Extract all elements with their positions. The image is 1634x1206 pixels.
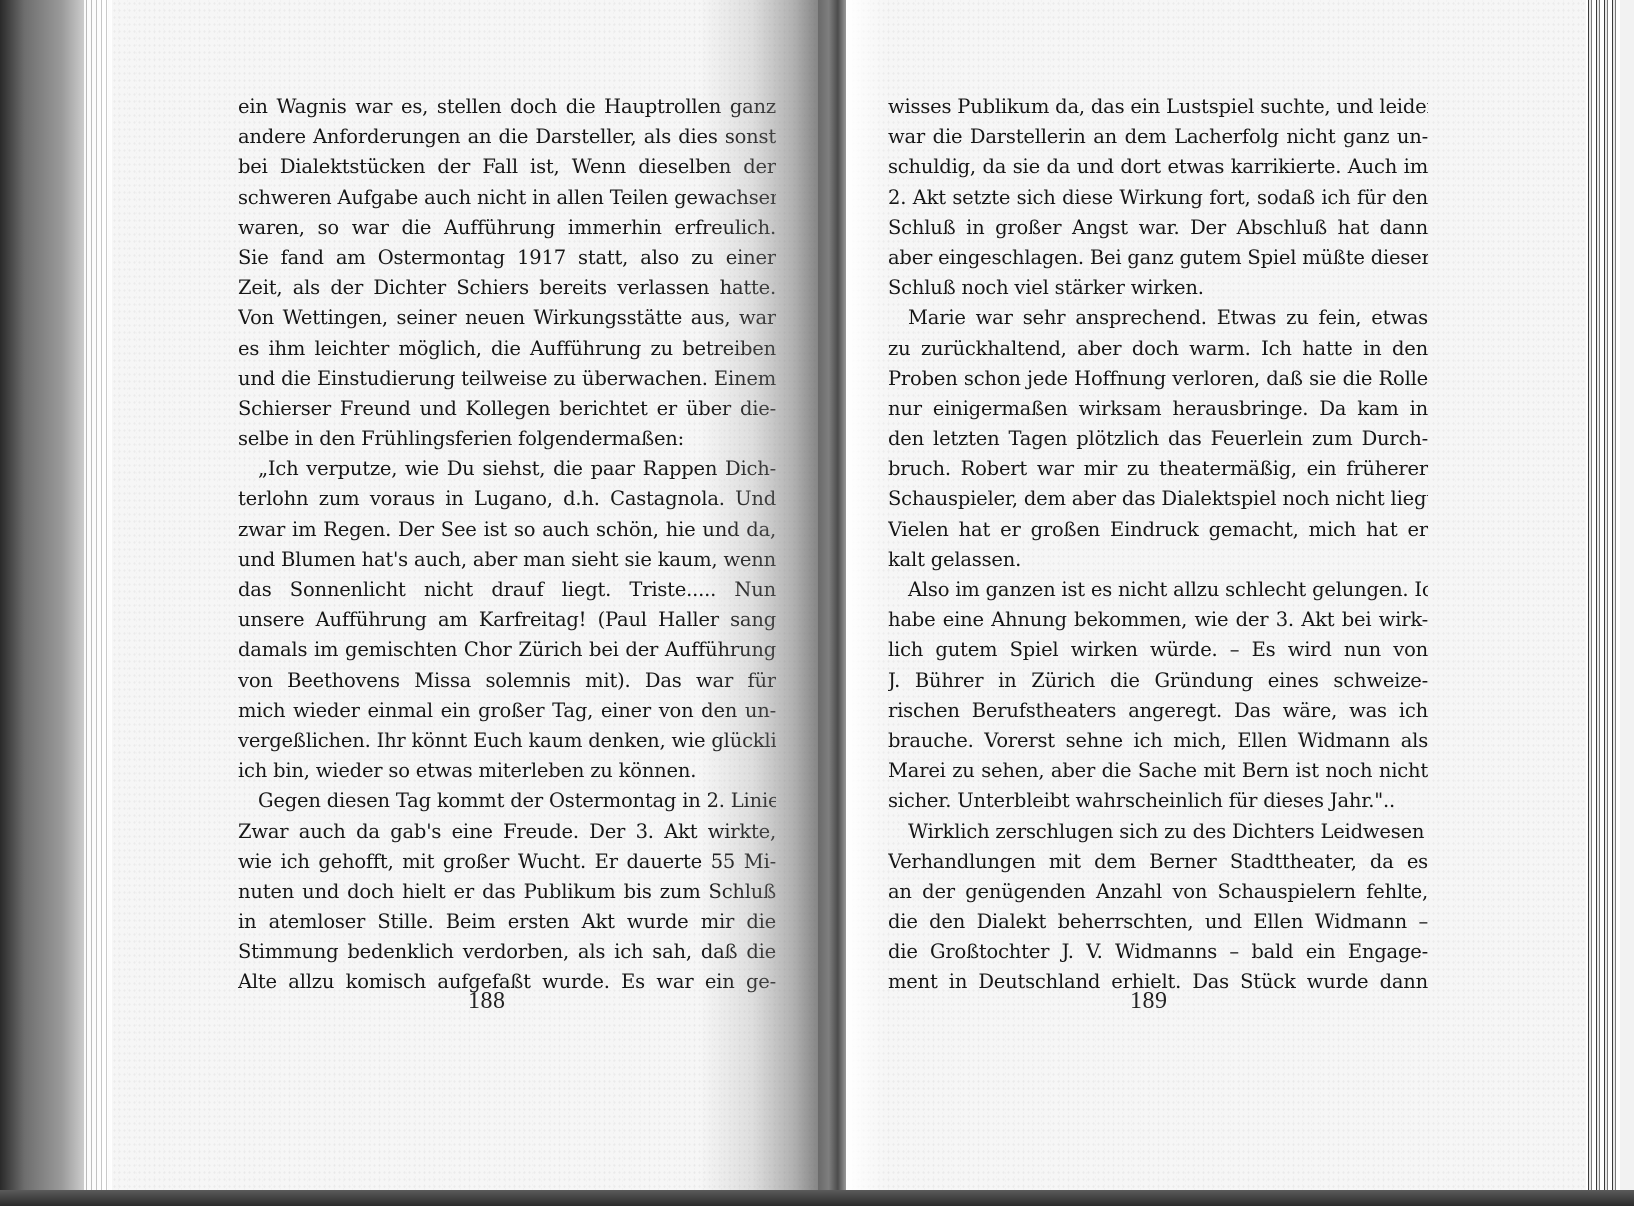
page-left: ein Wagnis war es, stellen doch die Haup… [112, 0, 830, 1195]
text-line: waren, so war die Aufführung immerhin er… [238, 213, 776, 243]
text-line: Marei zu sehen, aber die Sache mit Bern … [888, 756, 1428, 786]
text-line: die Großtochter J. V. Widmanns – bald ei… [888, 937, 1428, 967]
text-line: bei Dialektstücken der Fall ist, Wenn di… [238, 152, 776, 182]
text-line: nuten und doch hielt er das Publikum bis… [238, 877, 776, 907]
text-line: schweren Aufgabe auch nicht in allen Tei… [238, 183, 776, 213]
text-line: damals im gemischten Chor Zürich bei der… [238, 635, 776, 665]
text-line: J. Bührer in Zürich die Gründung eines s… [888, 666, 1428, 696]
page-edges-right [1586, 0, 1634, 1190]
text-line: von Beethovens Missa solemnis mit). Das … [238, 666, 776, 696]
text-line: war die Darstellerin an dem Lacherfolg n… [888, 122, 1428, 152]
page-text-right: wisses Publikum da, das ein Lustspiel su… [888, 92, 1428, 998]
left-book-edge [0, 0, 112, 1195]
book-scan: ein Wagnis war es, stellen doch die Haup… [0, 0, 1634, 1206]
scanner-bottom-edge [0, 1190, 1634, 1206]
text-line: 2. Akt setzte sich diese Wirkung fort, s… [888, 183, 1428, 213]
text-line: Vielen hat er großen Eindruck gemacht, m… [888, 515, 1428, 545]
page-right: wisses Publikum da, das ein Lustspiel su… [846, 0, 1586, 1195]
book-edge-right [1620, 0, 1634, 1190]
text-line: terlohn zum voraus in Lugano, d.h. Casta… [238, 484, 776, 514]
text-line: Marie war sehr ansprechend. Etwas zu fei… [888, 303, 1428, 333]
text-line: Schluß in großer Angst war. Der Abschluß… [888, 213, 1428, 243]
text-line: an der genügenden Anzahl von Schauspiele… [888, 877, 1428, 907]
text-line: den letzten Tagen plötzlich das Feuerlei… [888, 424, 1428, 454]
text-line: bruch. Robert war mir zu theatermäßig, e… [888, 454, 1428, 484]
text-line: ich bin, wieder so etwas miterleben zu k… [238, 756, 776, 786]
text-line: in atemloser Stille. Beim ersten Akt wur… [238, 907, 776, 937]
text-line: nur einigermaßen wirksam herausbringe. D… [888, 394, 1428, 424]
text-line: die den Dialekt beherrschten, und Ellen … [888, 907, 1428, 937]
text-line: wisses Publikum da, das ein Lustspiel su… [888, 92, 1428, 122]
text-line: „Ich verputze, wie Du siehst, die paar R… [238, 454, 776, 484]
text-line: und die Einstudierung teilweise zu überw… [238, 364, 776, 394]
text-line: das Sonnenlicht nicht drauf liegt. Trist… [238, 575, 776, 605]
text-line: Also im ganzen ist es nicht allzu schlec… [888, 575, 1428, 605]
text-line: rischen Berufstheaters angeregt. Das wär… [888, 696, 1428, 726]
text-line: Zeit, als der Dichter Schiers bereits ve… [238, 273, 776, 303]
text-line: Alte allzu komisch aufgefaßt wurde. Es w… [238, 967, 776, 997]
text-line: wie ich gehofft, mit großer Wucht. Er da… [238, 847, 776, 877]
text-line: schuldig, da sie da und dort etwas karri… [888, 152, 1428, 182]
page-number-left: 188 [468, 988, 506, 1015]
text-line: zwar im Regen. Der See ist so auch schön… [238, 515, 776, 545]
text-line: lich gutem Spiel wirken würde. – Es wird… [888, 635, 1428, 665]
text-line: zu zurückhaltend, aber doch warm. Ich ha… [888, 334, 1428, 364]
text-line: Zwar auch da gab's eine Freude. Der 3. A… [238, 817, 776, 847]
text-line: Wirklich zerschlugen sich zu des Dichter… [888, 817, 1428, 847]
text-line: selbe in den Frühlingsferien folgenderma… [238, 424, 776, 454]
page-text-left: ein Wagnis war es, stellen doch die Haup… [238, 92, 776, 998]
text-line: Proben schon jede Hoffnung verloren, daß… [888, 364, 1428, 394]
gutter-highlight-right [846, 0, 886, 1195]
text-line: Gegen diesen Tag kommt der Ostermontag i… [238, 786, 776, 816]
text-line: brauche. Vorerst sehne ich mich, Ellen W… [888, 726, 1428, 756]
text-line: vergeßlichen. Ihr könnt Euch kaum denken… [238, 726, 776, 756]
page-number-right: 189 [1130, 988, 1168, 1015]
text-line: aber eingeschlagen. Bei ganz gutem Spiel… [888, 243, 1428, 273]
text-line: Verhandlungen mit dem Berner Stadttheate… [888, 847, 1428, 877]
text-line: ein Wagnis war es, stellen doch die Haup… [238, 92, 776, 122]
text-line: und Blumen hat's auch, aber man sieht si… [238, 545, 776, 575]
text-line: Schierser Freund und Kollegen berichtet … [238, 394, 776, 424]
text-line: Sie fand am Ostermontag 1917 statt, also… [238, 243, 776, 273]
text-line: Stimmung bedenklich verdorben, als ich s… [238, 937, 776, 967]
text-line: kalt gelassen. [888, 545, 1428, 575]
text-line: andere Anforderungen an die Darsteller, … [238, 122, 776, 152]
text-line: Schluß noch viel stärker wirken. [888, 273, 1428, 303]
page-edges-left [84, 0, 108, 1195]
text-line: sicher. Unterbleibt wahrscheinlich für d… [888, 786, 1428, 816]
text-line: habe eine Ahnung bekommen, wie der 3. Ak… [888, 605, 1428, 635]
text-line: Schauspieler, dem aber das Dialektspiel … [888, 484, 1428, 514]
text-line: Von Wettingen, seiner neuen Wirkungsstät… [238, 303, 776, 333]
text-line: unsere Aufführung am Karfreitag! (Paul H… [238, 605, 776, 635]
text-line: es ihm leichter möglich, die Aufführung … [238, 334, 776, 364]
text-line: mich wieder einmal ein großer Tag, einer… [238, 696, 776, 726]
